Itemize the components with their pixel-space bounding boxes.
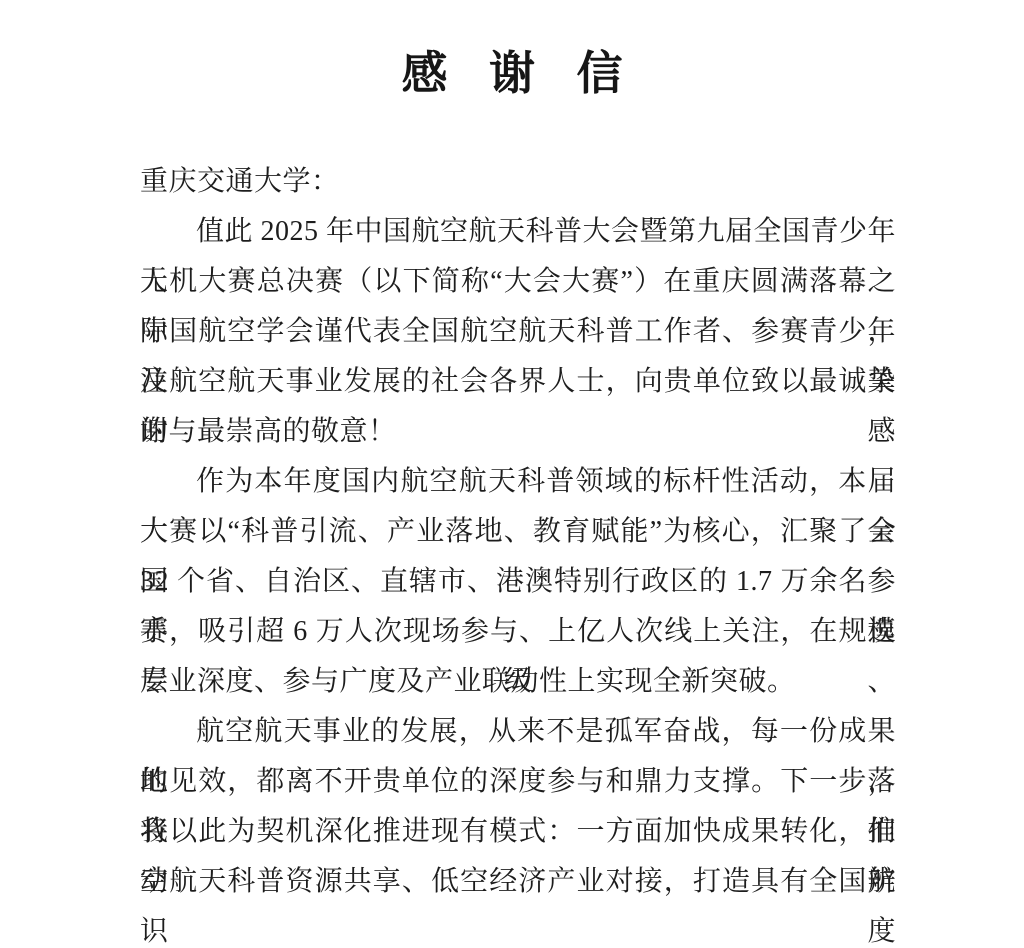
letter-line: 空航天科普资源共享、低空经济产业对接，打造具有全国辨识度	[140, 857, 896, 907]
paragraph: 航空航天事业的发展，从来不是孤军奋战，每一份成果的落地见效，都离不开贵单位的深度…	[140, 707, 896, 907]
letter-line: 航空航天事业的发展，从来不是孤军奋战，每一份成果的落	[140, 707, 896, 757]
letter-title: 感 谢 信	[0, 44, 1024, 104]
letter-page: 感 谢 信 重庆交通大学： 值此 2025 年中国航空航天科普大会暨第九届全国青…	[0, 0, 1024, 948]
letter-line: 中国航空学会谨代表全国航空航天科普工作者、参赛青少年及关	[140, 307, 896, 357]
paragraph: 值此 2025 年中国航空航天科普大会暨第九届全国青少年无人机大赛总决赛（以下简…	[140, 207, 896, 457]
letter-line: 作为本年度国内航空航天科普领域的标杆性活动，本届大会	[140, 457, 896, 507]
letter-body: 值此 2025 年中国航空航天科普大会暨第九届全国青少年无人机大赛总决赛（以下简…	[140, 207, 896, 907]
paragraph: 作为本年度国内航空航天科普领域的标杆性活动，本届大会大赛以“科普引流、产业落地、…	[140, 457, 896, 707]
letter-line: 注航空航天事业发展的社会各界人士，向贵单位致以最诚挚的感	[140, 357, 896, 407]
letter-line: 手，吸引超 6 万人次现场参与、上亿人次线上关注，在规模层级、	[140, 607, 896, 657]
letter-line: 地见效，都离不开贵单位的深度参与和鼎力支撑。下一步，我们	[140, 757, 896, 807]
letter-line: 大赛以“科普引流、产业落地、教育赋能”为核心，汇聚了全国	[140, 507, 896, 557]
salutation: 重庆交通大学：	[140, 157, 896, 207]
letter-line: 32 个省、自治区、直辖市、港澳特别行政区的 1.7 万余名参赛选	[140, 557, 896, 607]
letter-line: 人机大赛总决赛（以下简称“大会大赛”）在重庆圆满落幕之际，	[140, 257, 896, 307]
letter-line: 专业深度、参与广度及产业联动性上实现全新突破。	[140, 657, 896, 707]
letter-line: 将以此为契机深化推进现有模式：一方面加快成果转化，推动航	[140, 807, 896, 857]
letter-content: 重庆交通大学： 值此 2025 年中国航空航天科普大会暨第九届全国青少年无人机大…	[140, 157, 896, 907]
letter-line: 值此 2025 年中国航空航天科普大会暨第九届全国青少年无	[140, 207, 896, 257]
